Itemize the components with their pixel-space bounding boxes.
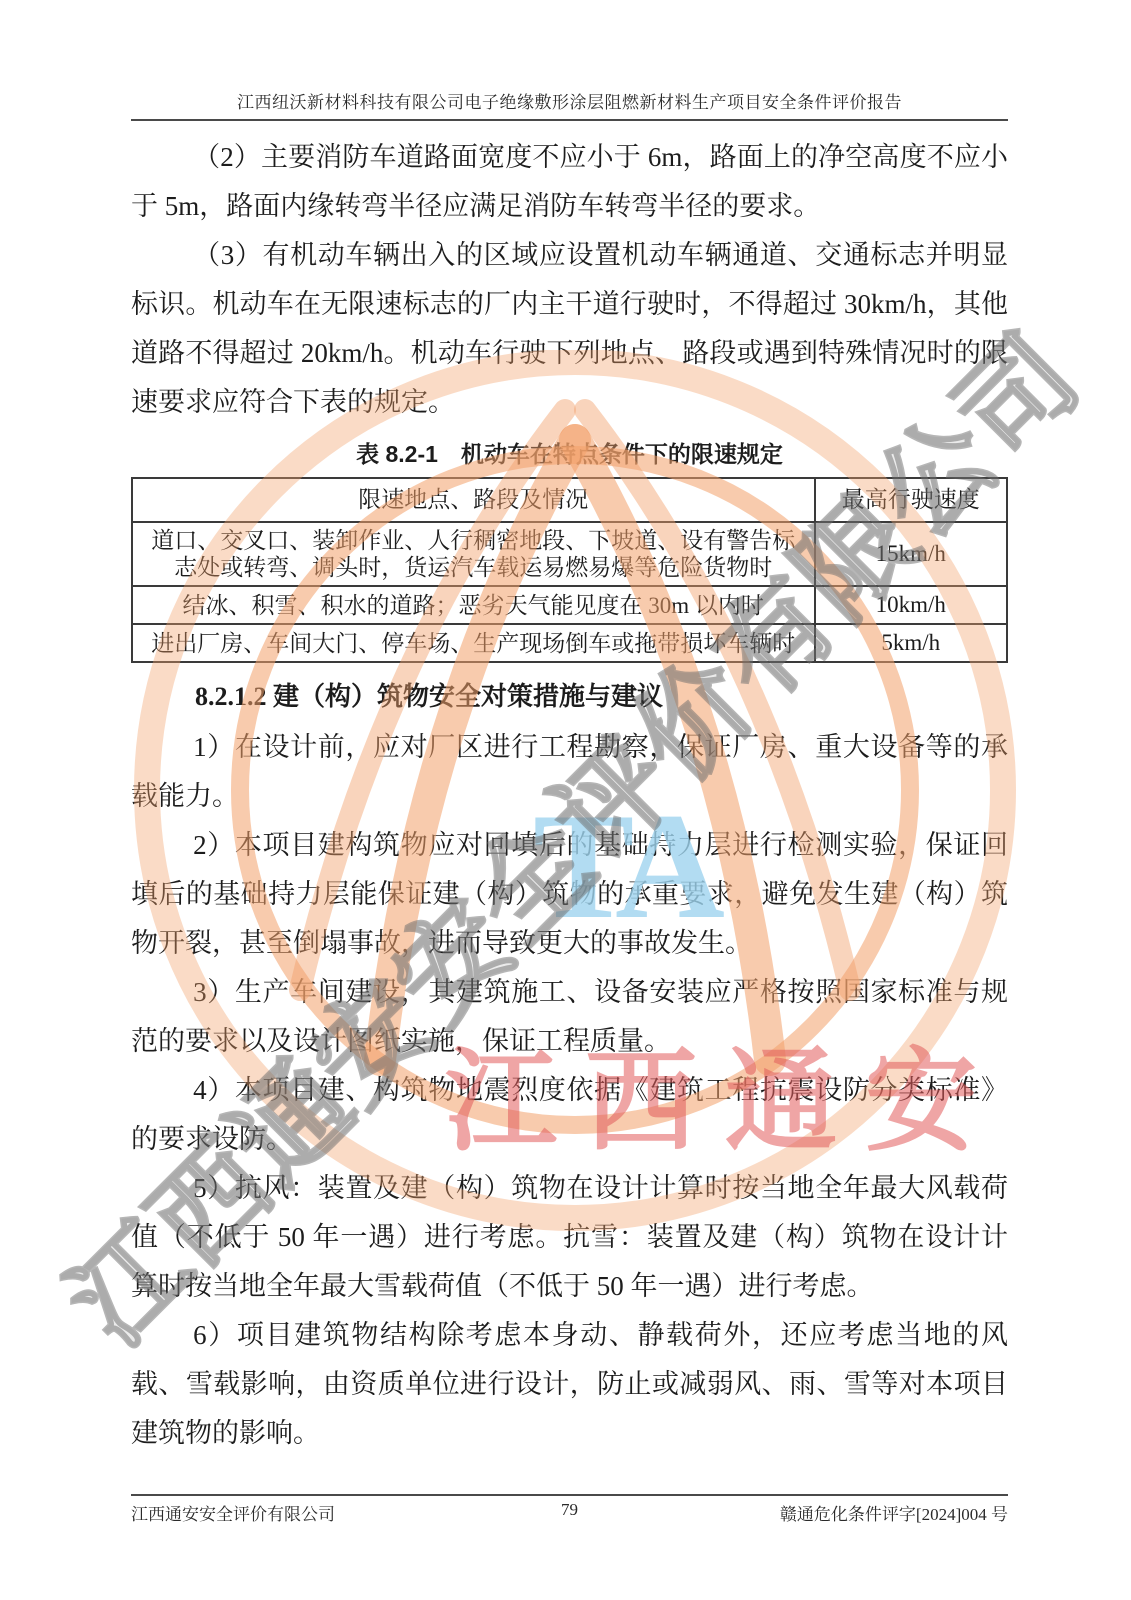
speed-cell: 15km/h xyxy=(815,522,1008,586)
table-row: 道口、交叉口、装卸作业、人行稠密地段、下坡道、设有警告标志处或转弯、调头时，货运… xyxy=(132,522,1007,586)
section-body: 1）在设计前，应对厂区进行工程勘察，保证厂房、重大设备等的承载能力。 2）本项目… xyxy=(131,723,1008,1458)
paragraph-vehicle-area: （3）有机动车辆出入的区域应设置机动车辆通道、交通标志并明显标识。机动车在无限速… xyxy=(131,231,1008,427)
column-header-max-speed: 最高行驶速度 xyxy=(815,478,1008,522)
paragraph-fire-lane: （2）主要消防车道路面宽度不应小于 6m，路面上的净空高度不应小于 5m，路面内… xyxy=(131,133,1008,231)
situation-cell: 道口、交叉口、装卸作业、人行稠密地段、下坡道、设有警告标志处或转弯、调头时，货运… xyxy=(132,522,815,586)
measure-item-5: 5）抗风：装置及建（构）筑物在设计计算时按当地全年最大风载荷值（不低于 50 年… xyxy=(131,1164,1008,1311)
speed-cell: 5km/h xyxy=(815,624,1008,662)
situation-cell: 进出厂房、车间大门、停车场、生产现场倒车或拖带损坏车辆时 xyxy=(132,624,815,662)
measure-item-2: 2）本项目建构筑物应对回填后的基础持力层进行检测实验，保证回填后的基础持力层能保… xyxy=(131,821,1008,968)
situation-cell: 结冰、积雪、积水的道路；恶劣天气能见度在 30m 以内时 xyxy=(132,586,815,624)
table-row: 结冰、积雪、积水的道路；恶劣天气能见度在 30m 以内时 10km/h xyxy=(132,586,1007,624)
page-content: 江西纽沃新材料科技有限公司电子绝缘敷形涂层阻燃新材料生产项目安全条件评价报告 （… xyxy=(131,0,1008,1458)
page-footer: 79 江西通安安全评价有限公司 赣通危化条件评字[2024]004 号 xyxy=(131,1494,1008,1525)
speed-limit-table: 限速地点、路段及情况 最高行驶速度 道口、交叉口、装卸作业、人行稠密地段、下坡道… xyxy=(131,477,1008,663)
section-heading: 8.2.1.2 建（构）筑物安全对策措施与建议 xyxy=(131,677,1008,717)
measure-item-6: 6）项目建筑物结构除考虑本身动、静载荷外，还应考虑当地的风载、雪载影响，由资质单… xyxy=(131,1311,1008,1458)
measure-item-1: 1）在设计前，应对厂区进行工程勘察，保证厂房、重大设备等的承载能力。 xyxy=(131,723,1008,821)
footer-company-name: 江西通安安全评价有限公司 xyxy=(131,1500,335,1525)
document-page: 江西纽沃新材料科技有限公司电子绝缘敷形涂层阻燃新材料生产项目安全条件评价报告 （… xyxy=(0,0,1131,1600)
measure-item-4: 4）本项目建、构筑物地震烈度依据《建筑工程抗震设防分类标准》的要求设防。 xyxy=(131,1066,1008,1164)
table-header-row: 限速地点、路段及情况 最高行驶速度 xyxy=(132,478,1007,522)
measure-item-3: 3）生产车间建设，其建筑施工、设备安装应严格按照国家标准与规范的要求以及设计图纸… xyxy=(131,968,1008,1066)
table-row: 进出厂房、车间大门、停车场、生产现场倒车或拖带损坏车辆时 5km/h xyxy=(132,624,1007,662)
table-title: 表 8.2-1 机动车在特点条件下的限速规定 xyxy=(131,439,1008,469)
speed-cell: 10km/h xyxy=(815,586,1008,624)
footer-doc-number: 赣通危化条件评字[2024]004 号 xyxy=(780,1500,1008,1525)
column-header-situation: 限速地点、路段及情况 xyxy=(132,478,815,522)
page-header-title: 江西纽沃新材料科技有限公司电子绝缘敷形涂层阻燃新材料生产项目安全条件评价报告 xyxy=(131,88,1008,121)
